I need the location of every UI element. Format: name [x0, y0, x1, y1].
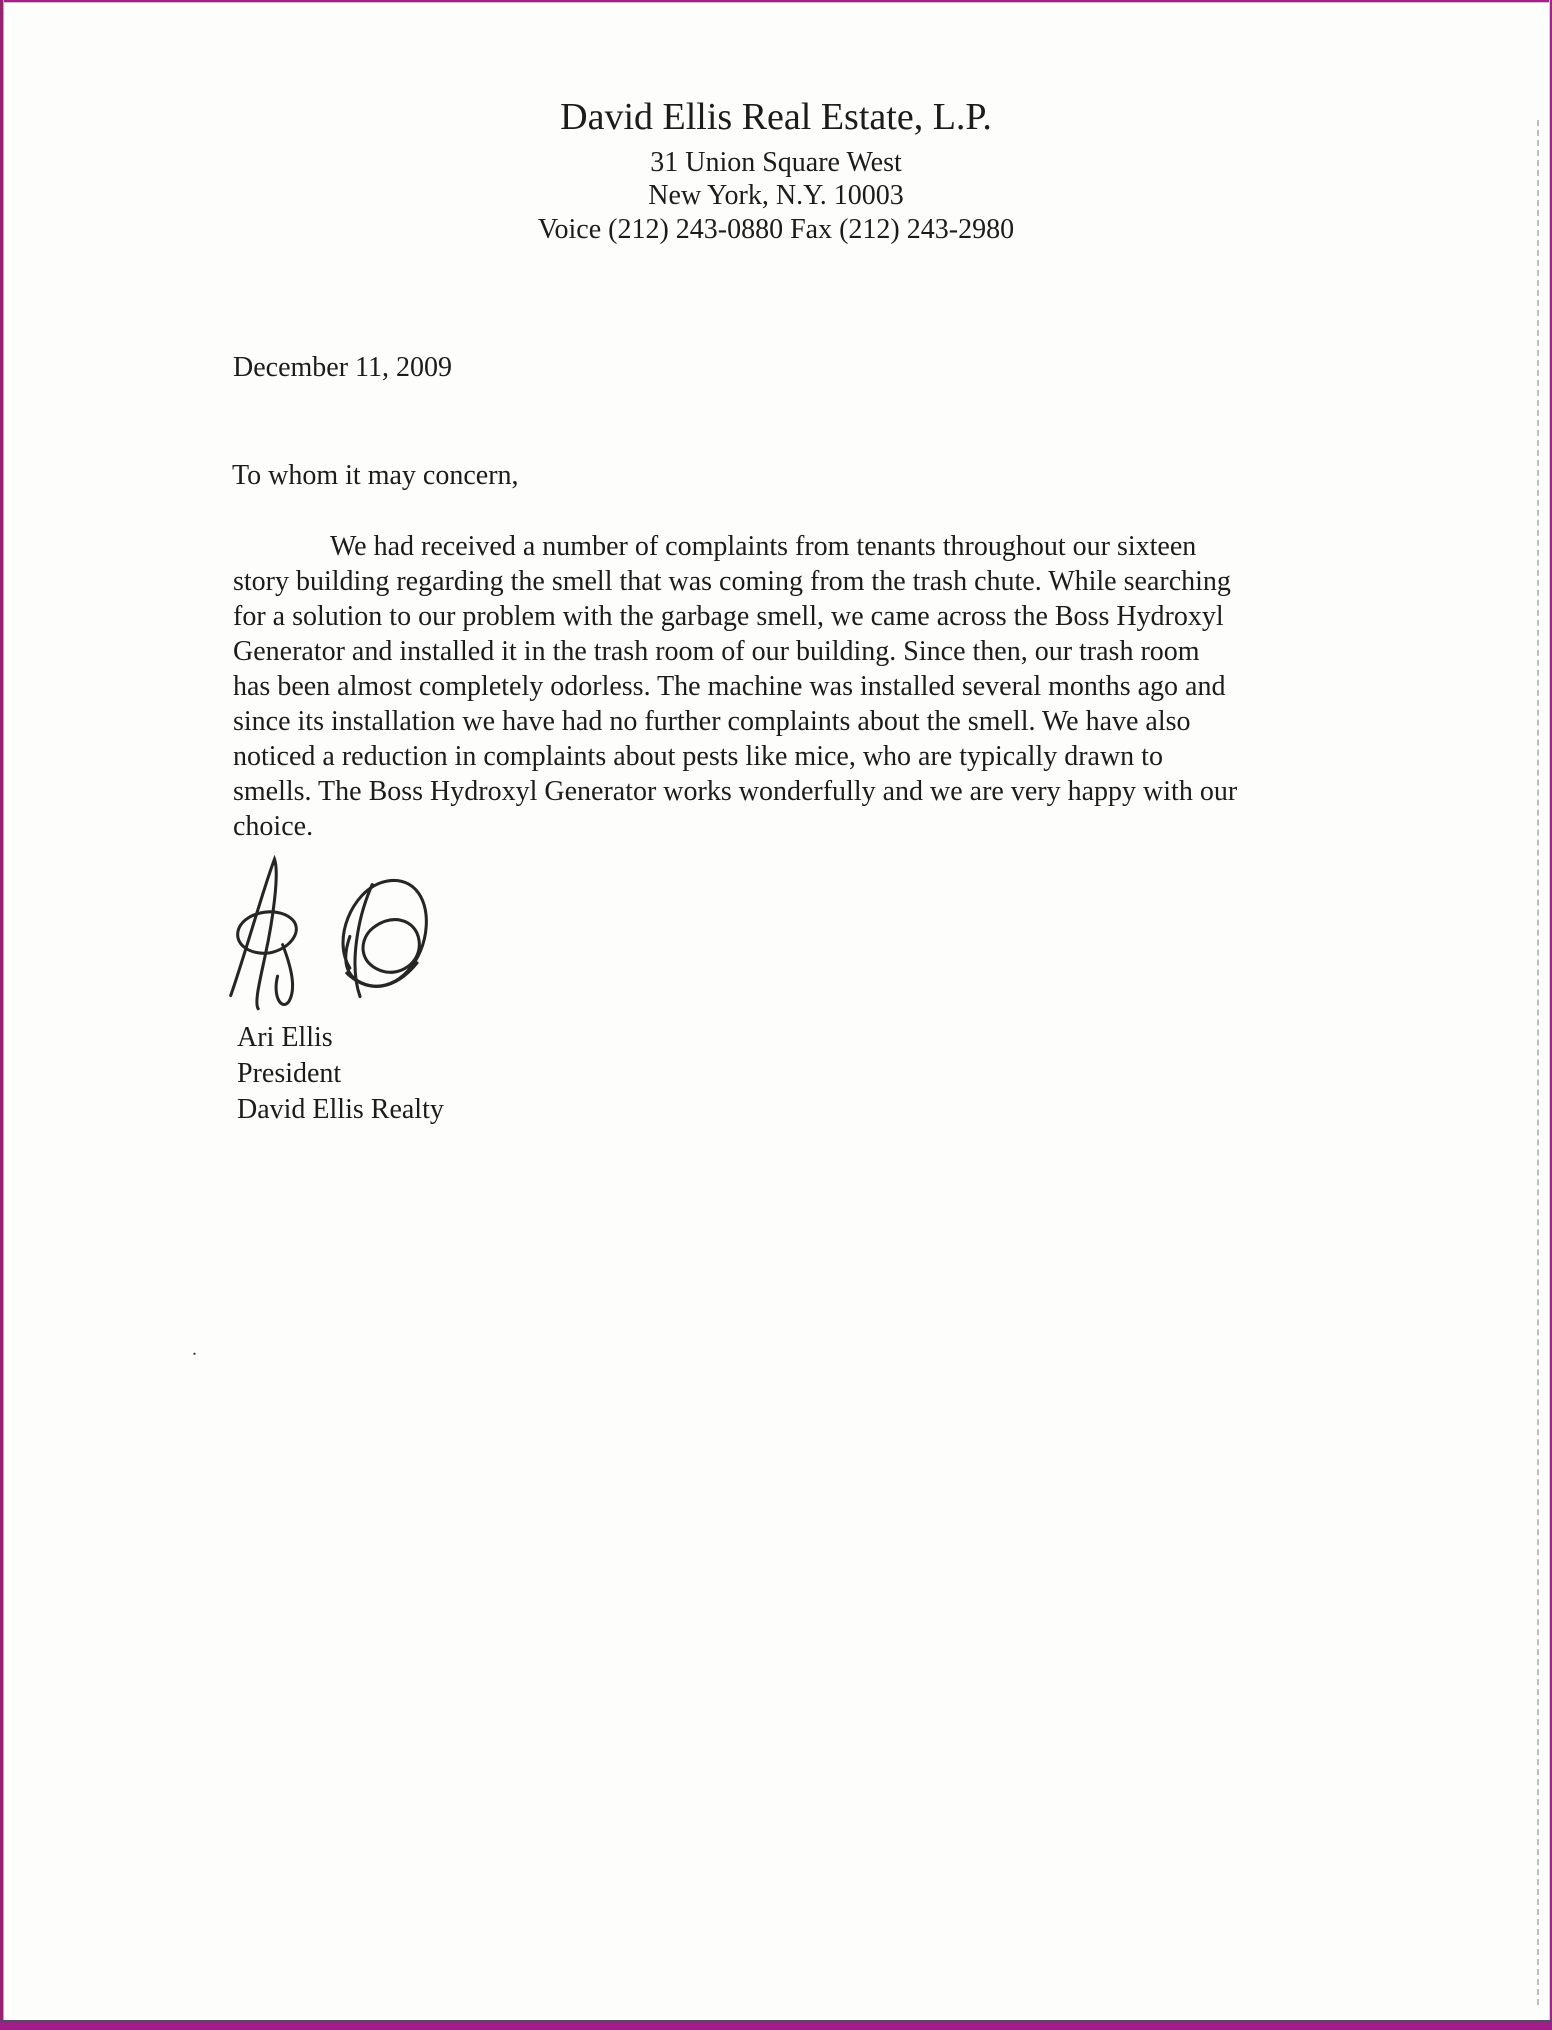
body-line: has been almost completely odorless. The… [233, 669, 1333, 704]
address-line-1: 31 Union Square West [0, 147, 1552, 179]
body-line: choice. [233, 809, 1333, 844]
salutation: To whom it may concern, [232, 460, 519, 492]
body-line: noticed a reduction in complaints about … [233, 739, 1333, 774]
body-line: We had received a number of complaints f… [233, 529, 1333, 564]
scan-speck: . [192, 1338, 197, 1361]
body-line: story building regarding the smell that … [233, 564, 1333, 599]
page-border-left [0, 0, 5, 2030]
letter-body: We had received a number of complaints f… [233, 529, 1333, 844]
letter-date: December 11, 2009 [233, 352, 452, 384]
body-line: Generator and installed it in the trash … [233, 634, 1333, 669]
body-line: since its installation we have had no fu… [233, 704, 1333, 739]
signer-company: David Ellis Realty [237, 1092, 444, 1128]
signer-title: President [237, 1056, 444, 1092]
phone-fax-line: Voice (212) 243-0880 Fax (212) 243-2980 [0, 214, 1552, 246]
address-line-2: New York, N.Y. 10003 [0, 180, 1552, 212]
body-line: smells. The Boss Hydroxyl Generator work… [233, 774, 1333, 809]
page-border-top [0, 0, 1552, 3]
signer-name: Ari Ellis [237, 1020, 444, 1056]
letter-page: David Ellis Real Estate, L.P. 31 Union S… [0, 0, 1552, 2030]
signature-scribble [226, 853, 436, 1021]
page-border-bottom [0, 2020, 1552, 2030]
body-line: for a solution to our problem with the g… [233, 599, 1333, 634]
scanner-artifact-line [1537, 120, 1539, 2005]
signature-block: Ari Ellis President David Ellis Realty [237, 1020, 444, 1128]
company-name: David Ellis Real Estate, L.P. [0, 95, 1552, 139]
